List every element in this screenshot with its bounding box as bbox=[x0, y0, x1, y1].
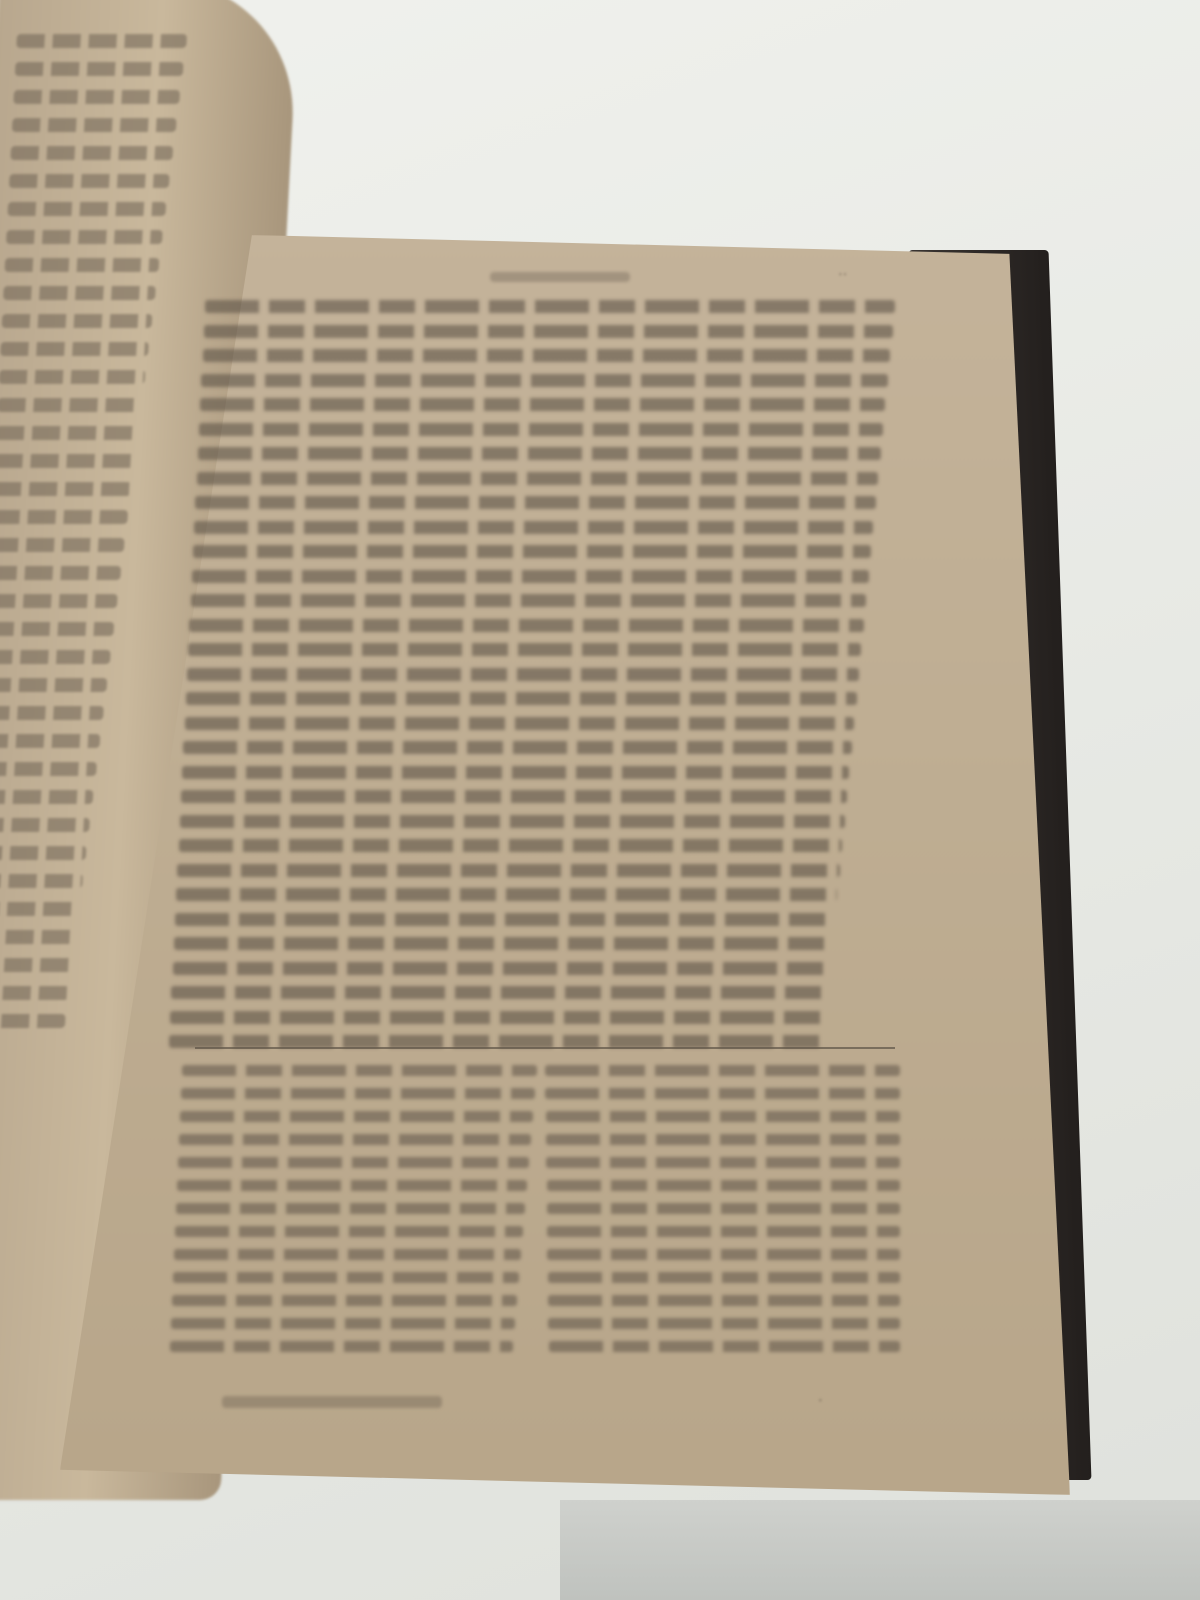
page-content: ·· · bbox=[0, 0, 1200, 1600]
text-line bbox=[177, 864, 839, 877]
text-line bbox=[182, 766, 849, 779]
footnotes-left-column bbox=[182, 1065, 537, 1364]
text-line bbox=[179, 839, 843, 852]
text-line bbox=[183, 741, 851, 754]
text-line bbox=[171, 986, 827, 999]
footer-signature bbox=[222, 1396, 442, 1408]
text-line bbox=[173, 962, 831, 975]
text-line bbox=[188, 643, 861, 656]
text-line bbox=[546, 1134, 900, 1145]
footer-mark: · bbox=[818, 1394, 823, 1410]
text-line bbox=[204, 325, 893, 338]
text-line bbox=[172, 1295, 517, 1306]
text-line bbox=[170, 1011, 825, 1024]
text-line bbox=[173, 1272, 519, 1283]
text-line bbox=[171, 1318, 515, 1329]
text-line bbox=[180, 1111, 533, 1122]
text-line bbox=[170, 1341, 513, 1352]
text-line bbox=[549, 1341, 900, 1352]
text-line bbox=[547, 1249, 900, 1260]
text-line bbox=[199, 423, 883, 436]
text-line bbox=[194, 521, 873, 534]
text-line bbox=[545, 1088, 900, 1099]
text-line bbox=[203, 349, 891, 362]
text-line bbox=[176, 1203, 525, 1214]
text-line bbox=[193, 545, 871, 558]
text-line bbox=[174, 937, 833, 950]
text-line bbox=[177, 1180, 527, 1191]
text-line bbox=[201, 374, 887, 387]
text-line bbox=[175, 1226, 523, 1237]
text-line bbox=[546, 1111, 900, 1122]
text-line bbox=[548, 1295, 900, 1306]
text-line bbox=[548, 1272, 900, 1283]
text-line bbox=[186, 692, 857, 705]
text-line bbox=[547, 1226, 900, 1237]
text-line bbox=[187, 668, 859, 681]
text-line bbox=[178, 1157, 529, 1168]
text-line bbox=[189, 619, 863, 632]
text-line bbox=[198, 447, 881, 460]
text-line bbox=[195, 496, 875, 509]
text-line bbox=[546, 1157, 900, 1168]
text-line bbox=[545, 1065, 900, 1076]
text-line bbox=[197, 472, 879, 485]
running-head bbox=[490, 272, 630, 282]
text-line bbox=[174, 1249, 521, 1260]
text-line bbox=[180, 815, 845, 828]
page-number: ·· bbox=[838, 268, 847, 284]
body-text bbox=[205, 300, 895, 1060]
text-line bbox=[179, 1134, 531, 1145]
text-line bbox=[200, 398, 885, 411]
text-line bbox=[205, 300, 895, 313]
text-line bbox=[182, 1065, 537, 1076]
text-line bbox=[192, 570, 869, 583]
text-line bbox=[191, 594, 867, 607]
footnote-rule bbox=[195, 1047, 895, 1049]
text-line bbox=[547, 1203, 900, 1214]
footnotes-right-column bbox=[545, 1065, 900, 1364]
text-line bbox=[181, 1088, 535, 1099]
text-line bbox=[547, 1180, 901, 1191]
text-line bbox=[175, 913, 835, 926]
text-line bbox=[548, 1318, 900, 1329]
text-line bbox=[181, 790, 847, 803]
text-line bbox=[185, 717, 855, 730]
text-line bbox=[176, 888, 837, 901]
